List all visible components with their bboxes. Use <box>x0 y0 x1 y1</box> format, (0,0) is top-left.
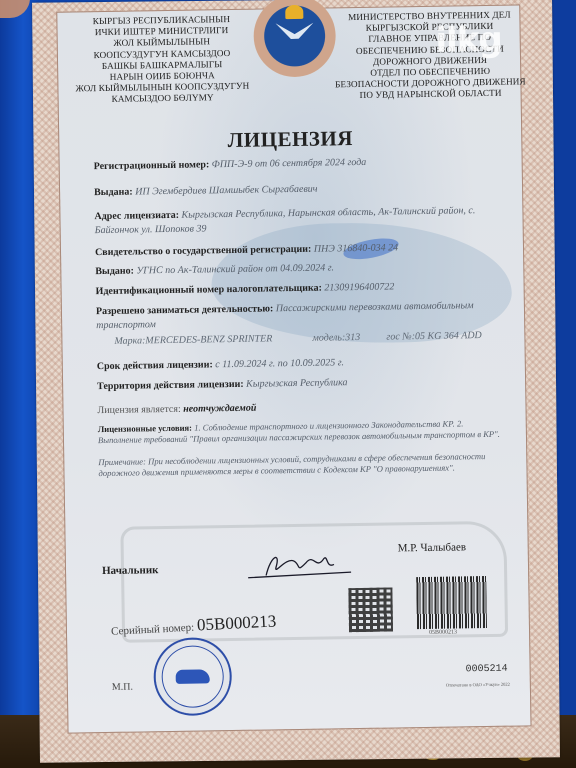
field-conditions: Лицензионные условия: 1. Соблюдение тран… <box>98 418 508 446</box>
field-validity: Срок действия лицензии: с 11.09.2024 г. … <box>97 354 507 374</box>
vehicle-model: модель:313 <box>312 332 360 344</box>
license-certificate: КЫРГЫЗ РЕСПУБЛИКАСЫНЫН ИЧКИ ИШТЕР МИНИСТ… <box>32 0 560 763</box>
sun-icon <box>285 5 303 19</box>
barcode-number: 05B000213 <box>429 629 457 635</box>
document-title: ЛИЦЕНЗИЯ <box>59 123 521 155</box>
field-territory: Территория действия лицензии: Кыргызская… <box>97 374 507 394</box>
field-alienability: Лицензия является: неотчуждаемой <box>97 398 507 418</box>
site-watermark: ilkg <box>435 20 502 61</box>
blank-number: 0005214 <box>466 664 508 676</box>
state-emblem-icon <box>253 0 336 78</box>
falcon-icon <box>275 23 313 40</box>
vehicle-brand: Марка:MERCEDES-BENZ SPRINTER <box>114 333 272 346</box>
header-kyrgyz: КЫРГЫЗ РЕСПУБЛИКАСЫНЫН ИЧКИ ИШТЕР МИНИСТ… <box>71 14 252 106</box>
signatory-position: Начальник <box>102 564 159 577</box>
barcode <box>416 576 487 629</box>
field-issued-to: Выдана: ИП Эгембердиев Шамшыбек Сыргабае… <box>94 180 504 200</box>
stamp-place-label: М.П. <box>112 682 133 693</box>
official-stamp-icon <box>153 637 232 716</box>
qr-code <box>348 588 393 633</box>
header-line: КАМСЫЗДОО БӨЛҮМҮ <box>73 92 253 106</box>
signature-icon <box>246 546 357 584</box>
signatory-name: М.Р. Чалыбаев <box>398 541 467 554</box>
certificate-body: КЫРГЫЗ РЕСПУБЛИКАСЫНЫН ИЧКИ ИШТЕР МИНИСТ… <box>56 4 531 733</box>
vehicle-plate: гос №:05 KG 364 ADD <box>386 330 482 342</box>
printer-note: Отпечатано в ОАО «Учкун» 2022 <box>446 682 510 688</box>
header-line: ПО УВД НАРЫНСКОЙ ОБЛАСТИ <box>331 88 531 102</box>
field-address: Адрес лицензиата: Кыргызская Республика,… <box>94 204 504 238</box>
field-reg-number: Регистрационный номер: ФПП-Э-9 от 06 сен… <box>94 154 504 174</box>
field-note: Примечание: При несоблюдении лицензионны… <box>98 451 508 479</box>
car-icon <box>176 669 210 684</box>
